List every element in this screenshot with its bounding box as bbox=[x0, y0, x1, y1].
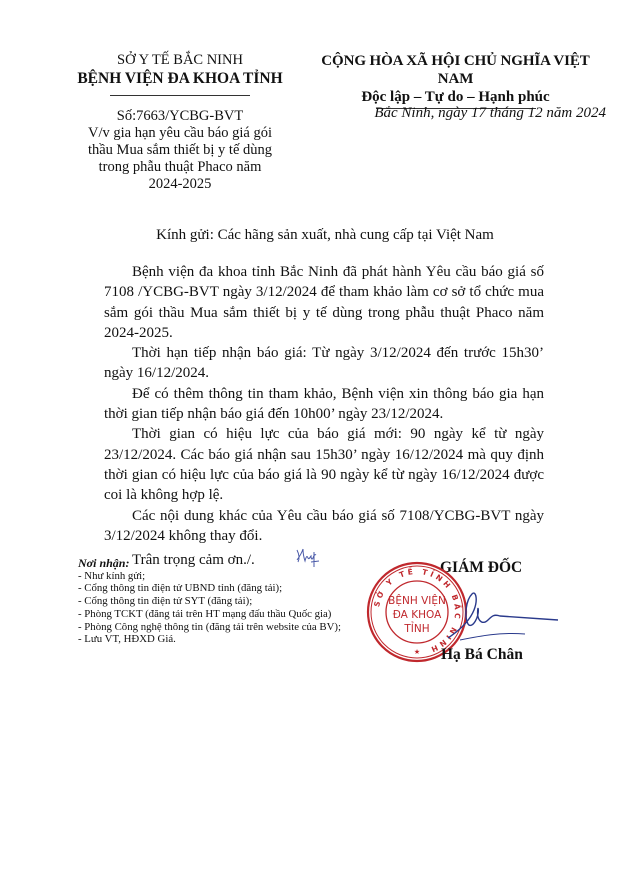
document-number: Số:7663/YCBG-BVT bbox=[55, 108, 305, 125]
recipient-item: - Phòng TCKT (đăng tải trên HT mạng đấu … bbox=[78, 608, 378, 621]
recipient-line: Kính gửi: Các hãng sản xuất, nhà cung cấ… bbox=[100, 227, 550, 244]
recipient-item: - Lưu VT, HĐXD Giá. bbox=[78, 633, 378, 646]
body-paragraph: Thời gian có hiệu lực của báo giá mới: 9… bbox=[104, 424, 544, 505]
recipient-item: - Cổng thông tin điện tử UBND tỉnh (đăng… bbox=[78, 582, 378, 595]
recipients-title: Nơi nhận: bbox=[78, 557, 378, 570]
recipients-list: Nơi nhận: - Như kính gửi; - Cổng thông t… bbox=[78, 557, 378, 646]
subject-line: trong phẫu thuật Phaco năm bbox=[55, 159, 305, 176]
agency-name: SỞ Y TẾ BẮC NINH bbox=[55, 52, 305, 69]
header-right: CỘNG HÒA XÃ HỘI CHỦ NGHĨA VIỆT NAM Độc l… bbox=[303, 52, 608, 109]
national-motto: Độc lập – Tự do – Hạnh phúc bbox=[303, 88, 608, 106]
header-divider bbox=[110, 95, 250, 96]
place-date: Bắc Ninh, ngày 17 tháng 12 năm 2024 bbox=[336, 105, 606, 122]
recipient-item: - Như kính gửi; bbox=[78, 570, 378, 583]
header-left: SỞ Y TẾ BẮC NINH BỆNH VIỆN ĐA KHOA TỈNH … bbox=[55, 52, 305, 193]
svg-text:★: ★ bbox=[414, 648, 420, 656]
signer-name: Hạ Bá Chân bbox=[441, 646, 523, 664]
body-paragraph: Các nội dung khác của Yêu cầu báo giá số… bbox=[104, 506, 544, 547]
recipient-item: - Phòng Công nghệ thông tin (đăng tải tr… bbox=[78, 621, 378, 634]
subject-line: V/v gia hạn yêu cầu báo giá gói bbox=[55, 125, 305, 142]
organization-name: BỆNH VIỆN ĐA KHOA TỈNH bbox=[55, 69, 305, 88]
director-signature-icon bbox=[430, 580, 560, 650]
national-title: CỘNG HÒA XÃ HỘI CHỦ NGHĨA VIỆT NAM bbox=[303, 52, 608, 88]
document-subject: V/v gia hạn yêu cầu báo giá gói thầu Mua… bbox=[55, 125, 305, 193]
subject-line: thầu Mua sắm thiết bị y tế dùng bbox=[55, 142, 305, 159]
subject-line: 2024-2025 bbox=[55, 176, 305, 193]
letter-body: Bệnh viện đa khoa tỉnh Bắc Ninh đã phát … bbox=[104, 262, 544, 574]
body-paragraph: Để có thêm thông tin tham khảo, Bệnh việ… bbox=[104, 384, 544, 425]
recipient-item: - Cổng thông tin điện tử SYT (đăng tải); bbox=[78, 595, 378, 608]
body-paragraph: Thời hạn tiếp nhận báo giá: Từ ngày 3/12… bbox=[104, 343, 544, 384]
svg-text:TỈNH: TỈNH bbox=[403, 621, 429, 635]
body-paragraph: Bệnh viện đa khoa tỉnh Bắc Ninh đã phát … bbox=[104, 262, 544, 343]
